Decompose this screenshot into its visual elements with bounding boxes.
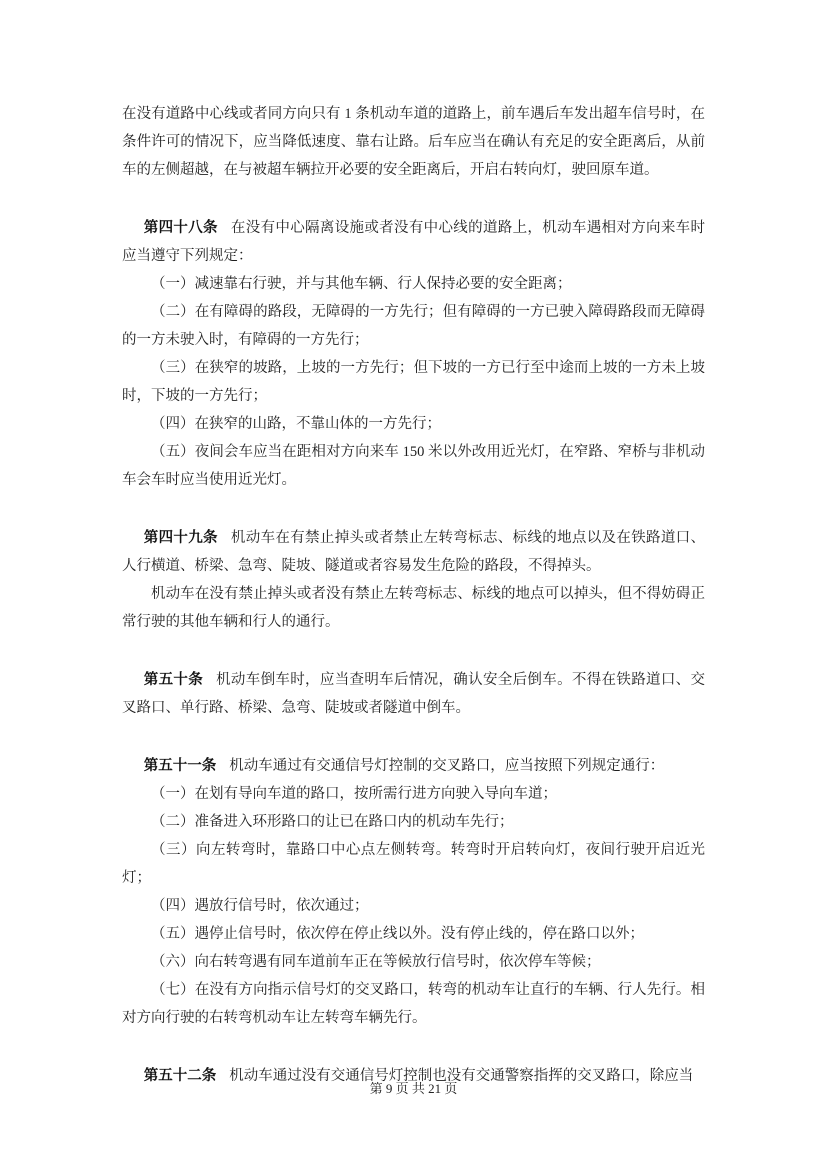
article-51-item-6: （六）向右转弯遇有同车道前车正在等候放行信号时，依次停车等候； (122, 948, 705, 976)
article-48-item-2: （二）在有障碍的路段，无障碍的一方先行；但有障碍的一方已驶入障碍路段而无障碍的一… (122, 298, 705, 354)
article-48-number: 第四十八条 (144, 220, 218, 236)
paragraph-continuation: 在没有道路中心线或者同方向只有 1 条机动车道的道路上，前车遇后车发出超车信号时… (122, 100, 705, 184)
article-51-item-2: （二）准备进入环形路口的让已在路口内的机动车先行； (122, 808, 705, 836)
article-51-item-3: （三）向左转弯时，靠路口中心点左侧转弯。转弯时开启转向灯，夜间行驶开启近光灯； (122, 836, 705, 892)
article-49-paragraph-2: 机动车在没有禁止掉头或者没有禁止左转弯标志、标线的地点可以掉头，但不得妨碍正常行… (122, 580, 705, 636)
article-51-lead-text: 机动车通过有交通信号灯控制的交叉路口，应当按照下列规定通行： (229, 758, 664, 774)
article-48-item-1: （一）减速靠右行驶，并与其他车辆、行人保持必要的安全距离； (122, 270, 705, 298)
article-51-lead: 第五十一条机动车通过有交通信号灯控制的交叉路口，应当按照下列规定通行： (122, 752, 705, 780)
article-48-item-4: （四）在狭窄的山路，不靠山体的一方先行； (122, 410, 705, 438)
article-51-number: 第五十一条 (144, 758, 217, 774)
article-51: 第五十一条机动车通过有交通信号灯控制的交叉路口，应当按照下列规定通行： （一）在… (122, 752, 705, 1032)
document-content: 在没有道路中心线或者同方向只有 1 条机动车道的道路上，前车遇后车发出超车信号时… (122, 100, 705, 1090)
article-49-number: 第四十九条 (144, 530, 218, 546)
article-49-lead: 第四十九条机动车在有禁止掉头或者禁止左转弯标志、标线的地点以及在铁路道口、人行横… (122, 524, 705, 580)
article-51-item-7: （七）在没有方向指示信号灯的交叉路口，转弯的机动车让直行的车辆、行人先行。相对方… (122, 976, 705, 1032)
article-50-lead-text: 机动车倒车时，应当查明车后情况，确认安全后倒车。不得在铁路道口、交叉路口、单行路… (122, 672, 705, 716)
article-51-item-5: （五）遇停止信号时，依次停在停止线以外。没有停止线的，停在路口以外； (122, 920, 705, 948)
article-50: 第五十条机动车倒车时，应当查明车后情况，确认安全后倒车。不得在铁路道口、交叉路口… (122, 666, 705, 722)
page-footer: 第 9 页 共 21 页 (0, 1080, 827, 1098)
article-48: 第四十八条在没有中心隔离设施或者没有中心线的道路上，机动车遇相对方向来车时应当遵… (122, 214, 705, 494)
document-page: 在没有道路中心线或者同方向只有 1 条机动车道的道路上，前车遇后车发出超车信号时… (0, 0, 827, 1170)
article-48-lead: 第四十八条在没有中心隔离设施或者没有中心线的道路上，机动车遇相对方向来车时应当遵… (122, 214, 705, 270)
article-51-item-4: （四）遇放行信号时，依次通过； (122, 892, 705, 920)
article-48-item-5: （五）夜间会车应当在距相对方向来车 150 米以外改用近光灯，在窄路、窄桥与非机… (122, 438, 705, 494)
article-50-number: 第五十条 (144, 672, 203, 688)
article-49: 第四十九条机动车在有禁止掉头或者禁止左转弯标志、标线的地点以及在铁路道口、人行横… (122, 524, 705, 636)
article-48-item-3: （三）在狭窄的坡路，上坡的一方先行；但下坡的一方已行至中途而上坡的一方未上坡时，… (122, 354, 705, 410)
article-50-lead: 第五十条机动车倒车时，应当查明车后情况，确认安全后倒车。不得在铁路道口、交叉路口… (122, 666, 705, 722)
article-51-item-1: （一）在划有导向车道的路口，按所需行进方向驶入导向车道； (122, 780, 705, 808)
